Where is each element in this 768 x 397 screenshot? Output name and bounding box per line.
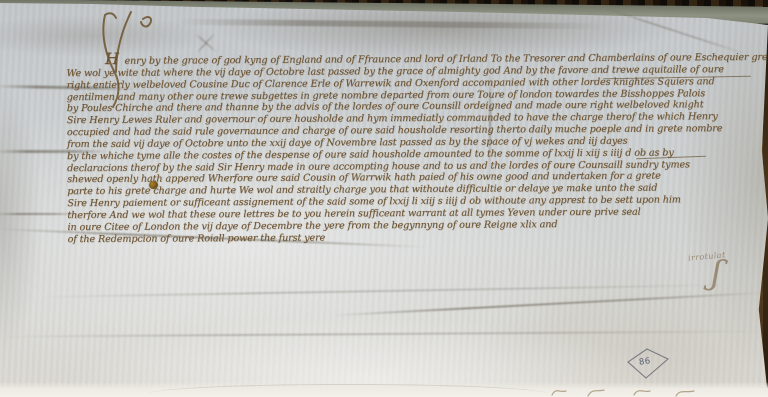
- archival-number: 86: [638, 356, 651, 368]
- manuscript-photo: H enry by the grace of god kyng of Engla…: [0, 0, 768, 397]
- archival-number-diamond: 86: [625, 347, 671, 380]
- manuscript-text: enry by the grace of god kyng of England…: [66, 52, 767, 246]
- lower-document-writing-hint: [548, 383, 708, 397]
- wax-spot: [149, 181, 158, 189]
